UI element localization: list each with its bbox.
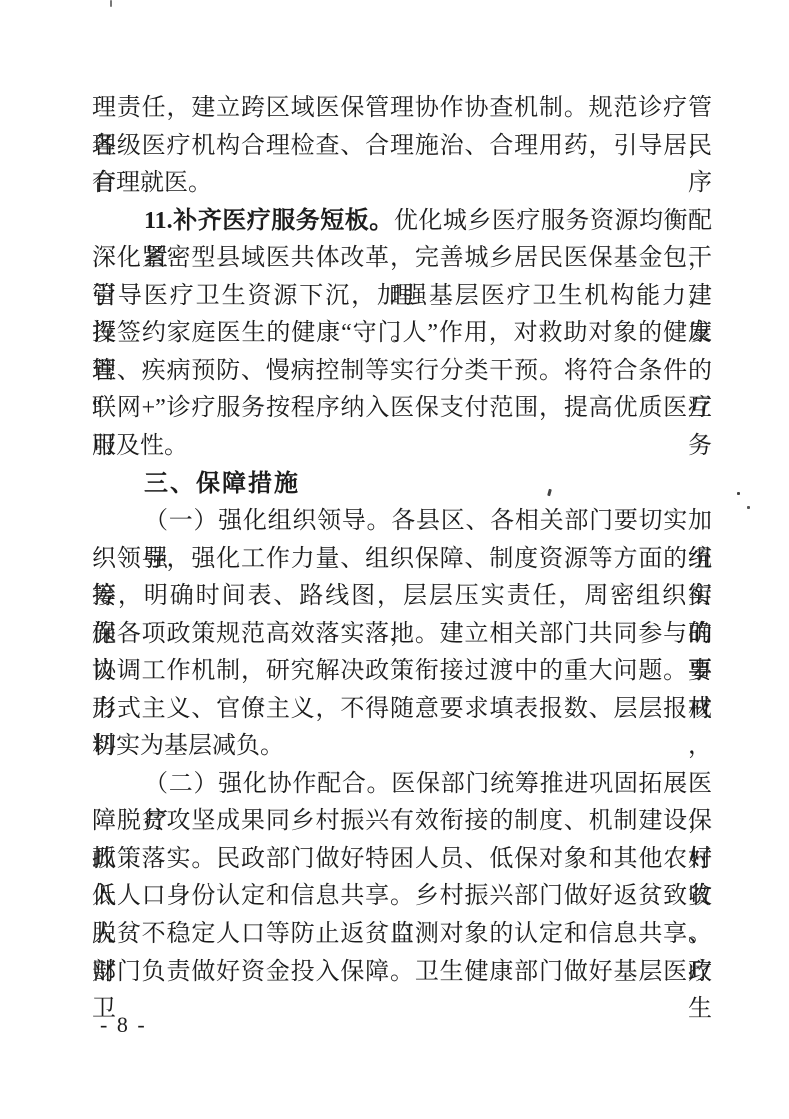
text-line: 协调工作机制，研究解决政策衔接过渡中的重大问题。要力戒 <box>92 653 712 691</box>
text-line: 三、保障措施 <box>92 465 712 503</box>
text-segment: 合理就医。 <box>92 170 212 196</box>
text-line: 政策落实。民政部门做好特困人员、低保对象和其他农村低收 <box>92 841 712 879</box>
section-heading: 三、保障措施 <box>144 470 300 497</box>
text-line: 形式主义、官僚主义，不得随意要求填表报数、层层报材料， <box>92 691 712 729</box>
text-segment: 11.补齐医疗服务短板。 <box>144 208 394 234</box>
text-line: 保各项政策规范高效落实落地。建立相关部门共同参与的议事 <box>92 616 712 654</box>
text-line: 部门负责做好资金投入保障。卫生健康部门做好基层医疗卫生 <box>92 954 712 992</box>
scan-speck <box>110 0 112 7</box>
text-line: 障脱贫攻坚成果同乡村振兴有效衔接的制度、机制建设，抓好 <box>92 803 712 841</box>
document-page: 理责任，建立跨区域医保管理协作协查机制。规范诊疗管理，各级医疗机构合理检查、合理… <box>0 0 789 1119</box>
text-line: 理责任，建立跨区域医保管理协作协查机制。规范诊疗管理， <box>92 90 712 128</box>
text-line: 深化紧密型县域医共体改革，完善城乡居民医保基金包干管理， <box>92 240 712 278</box>
scan-speck <box>737 492 740 495</box>
text-line: （一）强化组织领导。各县区、各相关部门要切实加强组 <box>92 503 712 541</box>
text-line: 引导医疗卫生资源下沉，加强基层医疗卫生机构能力建设。发 <box>92 278 712 316</box>
text-segment: 可及性。 <box>92 433 188 459</box>
text-line: 11.补齐医疗服务短板。优化城乡医疗服务资源均衡配置， <box>92 203 712 241</box>
text-segment: 部门负责做好资金投入保障。卫生健康部门做好基层医疗卫生 <box>92 959 712 1023</box>
text-segment: 切实为基层减负。 <box>92 733 284 759</box>
text-line: 入人口身份认定和信息共享。乡村振兴部门做好返贫致贫人口、 <box>92 878 712 916</box>
text-line: 挥签约家庭医生的健康“守门人”作用，对救助对象的健康管 <box>92 315 712 353</box>
text-line: 脱贫不稳定人口等防止返贫监测对象的认定和信息共享。财政 <box>92 916 712 954</box>
scan-speck <box>747 506 750 509</box>
text-line: 理、疾病预防、慢病控制等实行分类干预。将符合条件的“互 <box>92 353 712 391</box>
text-line: 各级医疗机构合理检查、合理施治、合理用药，引导居民有序 <box>92 128 712 166</box>
text-line: （二）强化协作配合。医保部门统筹推进巩固拓展医疗保 <box>92 766 712 804</box>
text-line: 联网+”诊疗服务按程序纳入医保支付范围，提高优质医疗服务 <box>92 390 712 428</box>
page-number: - 8 - <box>100 1012 147 1038</box>
document-text-block: 理责任，建立跨区域医保管理协作协查机制。规范诊疗管理，各级医疗机构合理检查、合理… <box>92 90 712 991</box>
text-line: 接，明确时间表、路线图，层层压实责任，周密组织实施，确 <box>92 578 712 616</box>
text-line: 织领导，强化工作力量、组织保障、制度资源等方面的统筹衔 <box>92 541 712 579</box>
